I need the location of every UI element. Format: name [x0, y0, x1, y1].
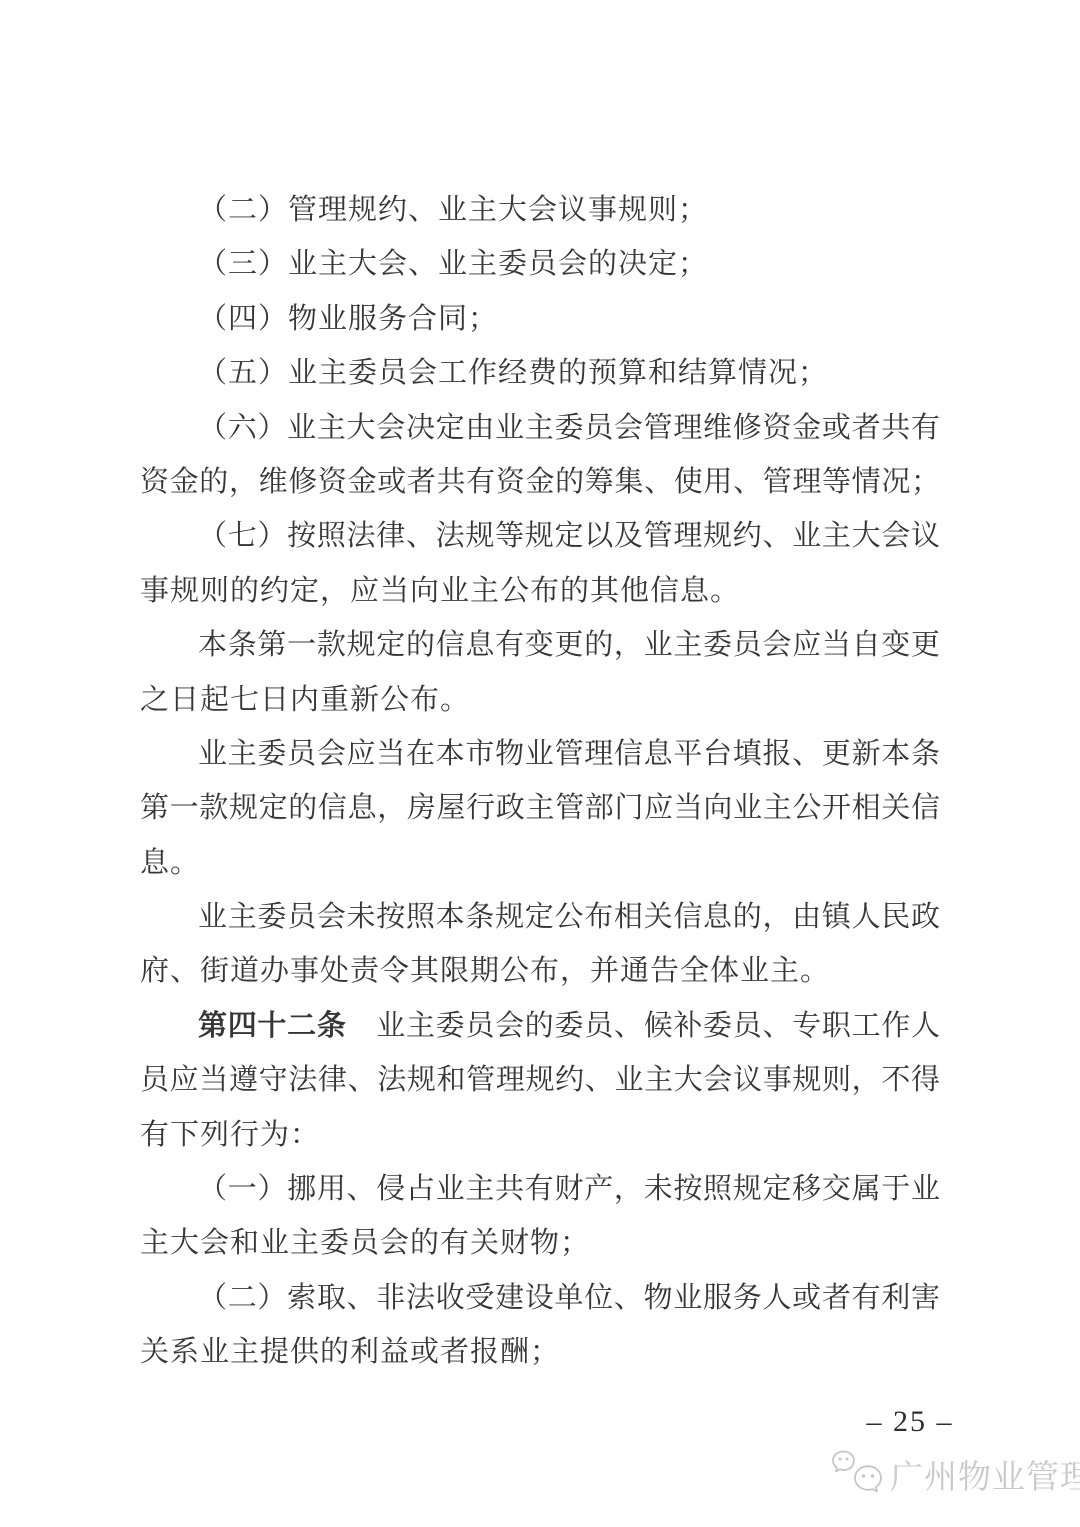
text-line: 业主委员会未按照本条规定公布相关信息的，由镇人民政: [140, 890, 940, 944]
document-page: （二）管理规约、业主大会议事规则；（三）业主大会、业主委员会的决定；（四）物业服…: [0, 0, 1080, 1527]
text-line: 第四十二条 业主委员会的委员、候补委员、专职工作人: [140, 999, 940, 1053]
text-line: 府、街道办事处责令其限期公布，并通告全体业主。: [140, 944, 940, 998]
text-segment: （三）业主大会、业主委员会的决定；: [198, 248, 708, 280]
wechat-icon: [830, 1448, 884, 1500]
text-segment: 有下列行为：: [140, 1119, 320, 1151]
text-segment: （四）物业服务合同；: [198, 303, 498, 335]
text-line: 主大会和业主委员会的有关财物；: [140, 1216, 940, 1270]
text-line: （六）业主大会决定由业主委员会管理维修资金或者共有: [140, 401, 940, 455]
document-body: （二）管理规约、业主大会议事规则；（三）业主大会、业主委员会的决定；（四）物业服…: [140, 183, 940, 1380]
text-line: 资金的，维修资金或者共有资金的筹集、使用、管理等情况；: [140, 455, 940, 509]
text-segment: 资金的，维修资金或者共有资金的筹集、使用、管理等情况；: [140, 466, 940, 498]
text-line: 事规则的约定，应当向业主公布的其他信息。: [140, 564, 940, 618]
text-segment: 第一款规定的信息，房屋行政主管部门应当向业主公开相关信: [140, 792, 940, 824]
text-line: （三）业主大会、业主委员会的决定；: [140, 237, 940, 291]
text-segment: 府、街道办事处责令其限期公布，并通告全体业主。: [140, 955, 830, 987]
text-segment: （一）挪用、侵占业主共有财产，未按照规定移交属于业: [198, 1173, 940, 1205]
text-line: （四）物业服务合同；: [140, 292, 940, 346]
text-line: （五）业主委员会工作经费的预算和结算情况；: [140, 346, 940, 400]
text-line: 之日起七日内重新公布。: [140, 673, 940, 727]
text-line: （七）按照法律、法规等规定以及管理规约、业主大会议: [140, 509, 940, 563]
text-line: （一）挪用、侵占业主共有财产，未按照规定移交属于业: [140, 1162, 940, 1216]
text-segment: （七）按照法律、法规等规定以及管理规约、业主大会议: [198, 520, 940, 552]
text-segment: 业主委员会的委员、候补委员、专职工作人: [347, 1010, 940, 1042]
text-line: （二）索取、非法收受建设单位、物业服务人或者有利害: [140, 1271, 940, 1325]
text-segment: 息。: [140, 847, 200, 879]
text-segment: 之日起七日内重新公布。: [140, 684, 470, 716]
text-segment: 事规则的约定，应当向业主公布的其他信息。: [140, 575, 740, 607]
text-line: 有下列行为：: [140, 1108, 940, 1162]
text-segment: 员应当遵守法律、法规和管理规约、业主大会议事规则，不得: [140, 1064, 940, 1096]
text-segment: （二）索取、非法收受建设单位、物业服务人或者有利害: [198, 1282, 940, 1314]
text-segment: 业主委员会应当在本市物业管理信息平台填报、更新本条: [198, 738, 940, 770]
text-segment: 业主委员会未按照本条规定公布相关信息的，由镇人民政: [198, 901, 940, 933]
text-line: 关系业主提供的利益或者报酬；: [140, 1325, 940, 1379]
text-segment: 主大会和业主委员会的有关财物；: [140, 1227, 590, 1259]
text-segment: （五）业主委员会工作经费的预算和结算情况；: [198, 357, 828, 389]
text-line: 息。: [140, 836, 940, 890]
text-segment: （二）管理规约、业主大会议事规则；: [198, 194, 708, 226]
text-line: 业主委员会应当在本市物业管理信息平台填报、更新本条: [140, 727, 940, 781]
watermark-text: 广州物业管理: [890, 1451, 1080, 1498]
text-segment: （六）业主大会决定由业主委员会管理维修资金或者共有: [198, 412, 940, 444]
text-segment: 本条第一款规定的信息有变更的，业主委员会应当自变更: [198, 629, 940, 661]
text-line: 员应当遵守法律、法规和管理规约、业主大会议事规则，不得: [140, 1053, 940, 1107]
page-number: – 25 –: [835, 1405, 985, 1439]
text-segment: 关系业主提供的利益或者报酬；: [140, 1336, 560, 1368]
text-line: 第一款规定的信息，房屋行政主管部门应当向业主公开相关信: [140, 781, 940, 835]
text-line: 本条第一款规定的信息有变更的，业主委员会应当自变更: [140, 618, 940, 672]
text-line: （二）管理规约、业主大会议事规则；: [140, 183, 940, 237]
watermark: 广州物业管理: [830, 1448, 1080, 1500]
article-number: 第四十二条: [198, 1010, 347, 1042]
